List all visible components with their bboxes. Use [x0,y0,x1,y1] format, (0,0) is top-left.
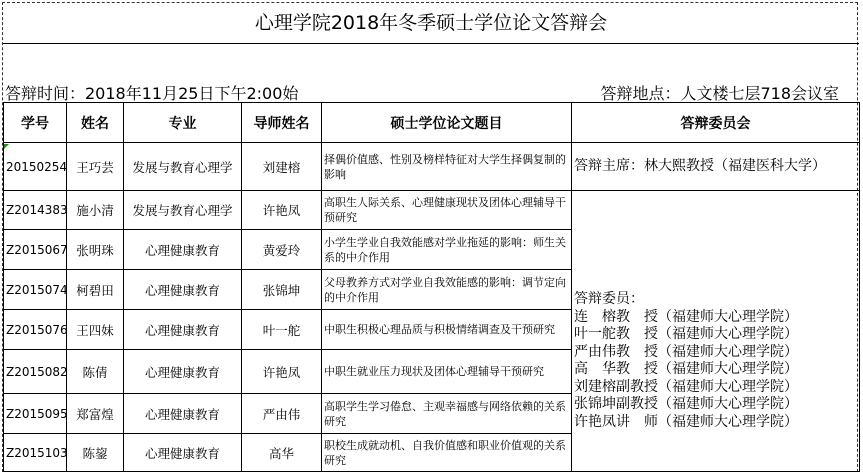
header-student-id[interactable]: 学号 [4,103,67,143]
defense-schedule-table: 学号 姓名 专业 导师姓名 硕士学位论文题目 答辩委员会 20150254 王巧… [3,102,860,472]
cell-comment-indicator-icon [4,144,9,149]
committee-member: 高 华教 授（福建师大心理学院） [574,361,798,377]
cell-thesis-title[interactable]: 小学生学业自我效能感对学业拖延的影响：师生关系的中介作用 [322,230,572,270]
cell-advisor[interactable]: 张锦坤 [242,270,322,310]
page-title: 心理学院2018年冬季硕士学位论文答辩会 [3,3,859,43]
cell-advisor[interactable]: 黄爱玲 [242,230,322,270]
cell-name[interactable]: 柯碧田 [67,270,124,310]
title-divider [3,43,859,44]
cell-name[interactable]: 陈鋆 [67,434,124,472]
cell-major[interactable]: 心理健康教育 [124,310,242,350]
header-committee[interactable]: 答辩委员会 [572,103,860,143]
table-header-row: 学号 姓名 专业 导师姓名 硕士学位论文题目 答辩委员会 [4,103,860,143]
cell-advisor[interactable]: 许艳凤 [242,191,322,230]
committee-chair: 答辩主席：林大熙教授（福建医科大学） [574,143,857,190]
cell-name[interactable]: 陈倩 [67,350,124,394]
cell-name[interactable]: 王巧芸 [67,143,124,191]
committee-member: 叶一舵教 授（福建师大心理学院） [574,326,798,342]
header-major[interactable]: 专业 [124,103,242,143]
cell-student-id[interactable]: Z2015067 [4,230,67,270]
cell-advisor[interactable]: 刘建榕 [242,143,322,191]
cell-advisor[interactable]: 严由伟 [242,394,322,434]
header-advisor[interactable]: 导师姓名 [242,103,322,143]
cell-major[interactable]: 心理健康教育 [124,230,242,270]
cell-major[interactable]: 发展与教育心理学 [124,191,242,230]
cell-advisor[interactable]: 高华 [242,434,322,472]
cell-student-id[interactable]: Z2015095 [4,394,67,434]
committee-member: 刘建榕副教授（福建师大心理学院） [574,379,798,395]
header-name[interactable]: 姓名 [67,103,124,143]
cell-thesis-title[interactable]: 职校生成就动机、自我价值感和职业价值观的关系研究 [322,434,572,472]
cell-name[interactable]: 施小清 [67,191,124,230]
cell-student-id[interactable]: Z2015103 [4,434,67,472]
cell-student-id[interactable]: Z2015076 [4,310,67,350]
cell-thesis-title[interactable]: 父母教养方式对学业自我效能感的影响：调节定向的中介作用 [322,270,572,310]
cell-thesis-title[interactable]: 择偶价值感、性别及榜样特征对大学生择偶复制的影响 [322,143,572,191]
cell-committee-members[interactable]: 答辩委员： 连 榕教 授（福建师大心理学院） 叶一舵教 授（福建师大心理学院） … [572,191,860,472]
committee-members: 答辩委员： 连 榕教 授（福建师大心理学院） 叶一舵教 授（福建师大心理学院） … [574,231,857,431]
cell-thesis-title[interactable]: 高职生人际关系、心理健康现状及团体心理辅导干预研究 [322,191,572,230]
cell-major[interactable]: 心理健康教育 [124,350,242,394]
cell-major[interactable]: 发展与教育心理学 [124,143,242,191]
defense-location: 答辩地点：人文楼七层718会议室 [600,81,839,104]
cell-student-id[interactable]: 20150254 [4,143,67,191]
defense-time: 答辩时间：2018年11月25日下午2:00始 [5,81,298,104]
cell-name[interactable]: 张明珠 [67,230,124,270]
cell-name[interactable]: 王四妹 [67,310,124,350]
cell-advisor[interactable]: 叶一舵 [242,310,322,350]
cell-thesis-title[interactable]: 中职生就业压力现状及团体心理辅导干预研究 [322,350,572,394]
cell-student-id[interactable]: Z2014383 [4,191,67,230]
committee-member: 连 榕教 授（福建师大心理学院） [574,309,798,325]
spreadsheet-page: 心理学院2018年冬季硕士学位论文答辩会 答辩时间：2018年11月25日下午2… [2,2,858,472]
cell-major[interactable]: 心理健康教育 [124,434,242,472]
cell-student-id[interactable]: Z2015074 [4,270,67,310]
cell-major[interactable]: 心理健康教育 [124,270,242,310]
cell-committee-chair[interactable]: 答辩主席：林大熙教授（福建医科大学） [572,143,860,191]
cell-student-id[interactable]: Z2015082 [4,350,67,394]
cell-thesis-title[interactable]: 中职生积极心理品质与积极情绪调查及干预研究 [322,310,572,350]
committee-member: 张锦坤副教授（福建师大心理学院） [574,396,798,412]
committee-member: 许艳凤讲 师（福建师大心理学院） [574,414,798,430]
cell-major[interactable]: 心理健康教育 [124,394,242,434]
cell-name[interactable]: 郑富煌 [67,394,124,434]
committee-members-label: 答辩委员： [574,291,644,307]
committee-member: 严由伟教 授（福建师大心理学院） [574,344,798,360]
table-row: Z2014383 施小清 发展与教育心理学 许艳凤 高职生人际关系、心理健康现状… [4,191,860,230]
header-thesis-title[interactable]: 硕士学位论文题目 [322,103,572,143]
table-row: 20150254 王巧芸 发展与教育心理学 刘建榕 择偶价值感、性别及榜样特征对… [4,143,860,191]
cell-advisor[interactable]: 许艳凤 [242,350,322,394]
cell-thesis-title[interactable]: 高职学生学习倦怠、主观幸福感与网络依赖的关系研究 [322,394,572,434]
